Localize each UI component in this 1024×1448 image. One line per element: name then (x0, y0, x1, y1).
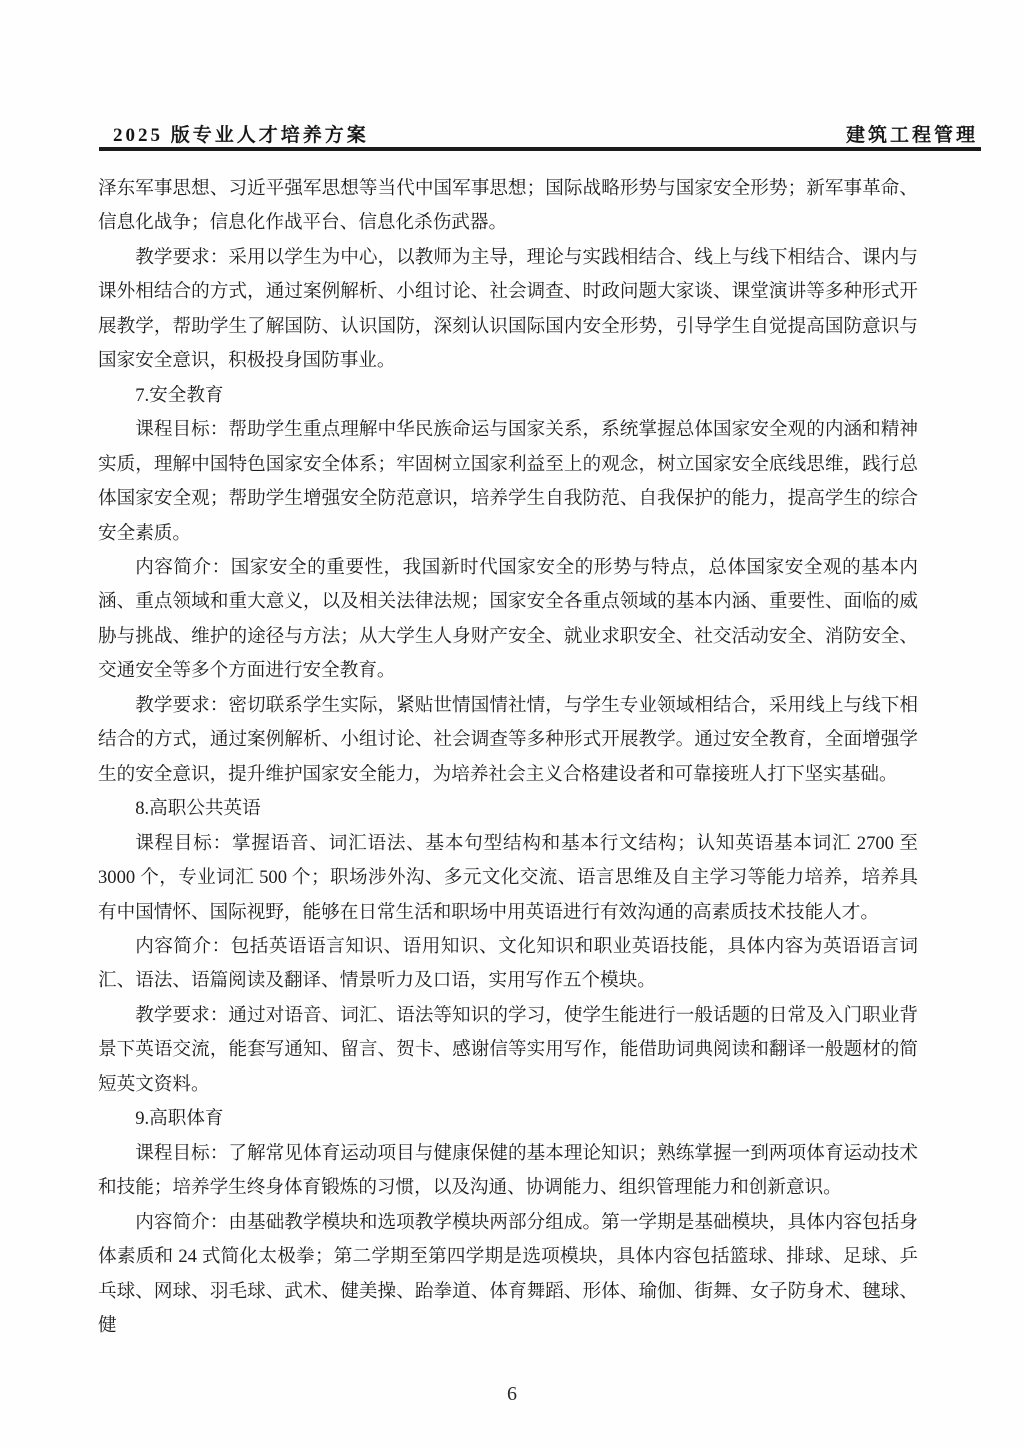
page-footer: 6 (0, 1383, 1024, 1406)
header-double-rule (99, 147, 981, 151)
page-number: 6 (507, 1383, 517, 1405)
paragraph-teaching-requirements-defense: 教学要求：采用以学生为中心，以教师为主导，理论与实践相结合、线上与线下相结合、课… (98, 241, 918, 379)
paragraph-teaching-requirements-safety: 教学要求：密切联系学生实际，紧贴世情国情社情，与学生专业领域相结合，采用线上与线… (98, 689, 918, 792)
course-heading-safety-education: 7.安全教育 (98, 379, 918, 413)
document-page: 2025 版专业人才培养方案 建筑工程管理 泽东军事思想、习近平强军思想等当代中… (0, 0, 1024, 1448)
paragraph-military-thought-continuation: 泽东军事思想、习近平强军思想等当代中国军事思想；国际战略形势与国家安全形势；新军… (98, 172, 918, 241)
paragraph-course-goals-pe: 课程目标：了解常见体育运动项目与健康保健的基本理论知识；熟练掌握一到两项体育运动… (98, 1137, 918, 1206)
course-heading-public-english: 8.高职公共英语 (98, 792, 918, 826)
header-left-title: 2025 版专业人才培养方案 (113, 120, 369, 147)
paragraph-course-goals-safety: 课程目标：帮助学生重点理解中华民族命运与国家关系，系统掌握总体国家安全观的内涵和… (98, 413, 918, 551)
header-right-title: 建筑工程管理 (846, 120, 978, 147)
course-heading-physical-education: 9.高职体育 (98, 1102, 918, 1136)
paragraph-teaching-requirements-english: 教学要求：通过对语音、词汇、语法等知识的学习，使学生能进行一般话题的日常及入门职… (98, 999, 918, 1102)
paragraph-course-goals-english: 课程目标：掌握语音、词汇语法、基本句型结构和基本行文结构；认知英语基本词汇 27… (98, 827, 918, 930)
paragraph-content-intro-english: 内容简介：包括英语语言知识、语用知识、文化知识和职业英语技能，具体内容为英语语言… (98, 930, 918, 999)
paragraph-content-intro-pe: 内容简介：由基础教学模块和选项教学模块两部分组成。第一学期是基础模块，具体内容包… (98, 1206, 918, 1344)
document-body: 泽东军事思想、习近平强军思想等当代中国军事思想；国际战略形势与国家安全形势；新军… (98, 172, 918, 1343)
paragraph-content-intro-safety: 内容简介：国家安全的重要性，我国新时代国家安全的形势与特点，总体国家安全观的基本… (98, 551, 918, 689)
page-header: 2025 版专业人才培养方案 建筑工程管理 (113, 120, 978, 147)
